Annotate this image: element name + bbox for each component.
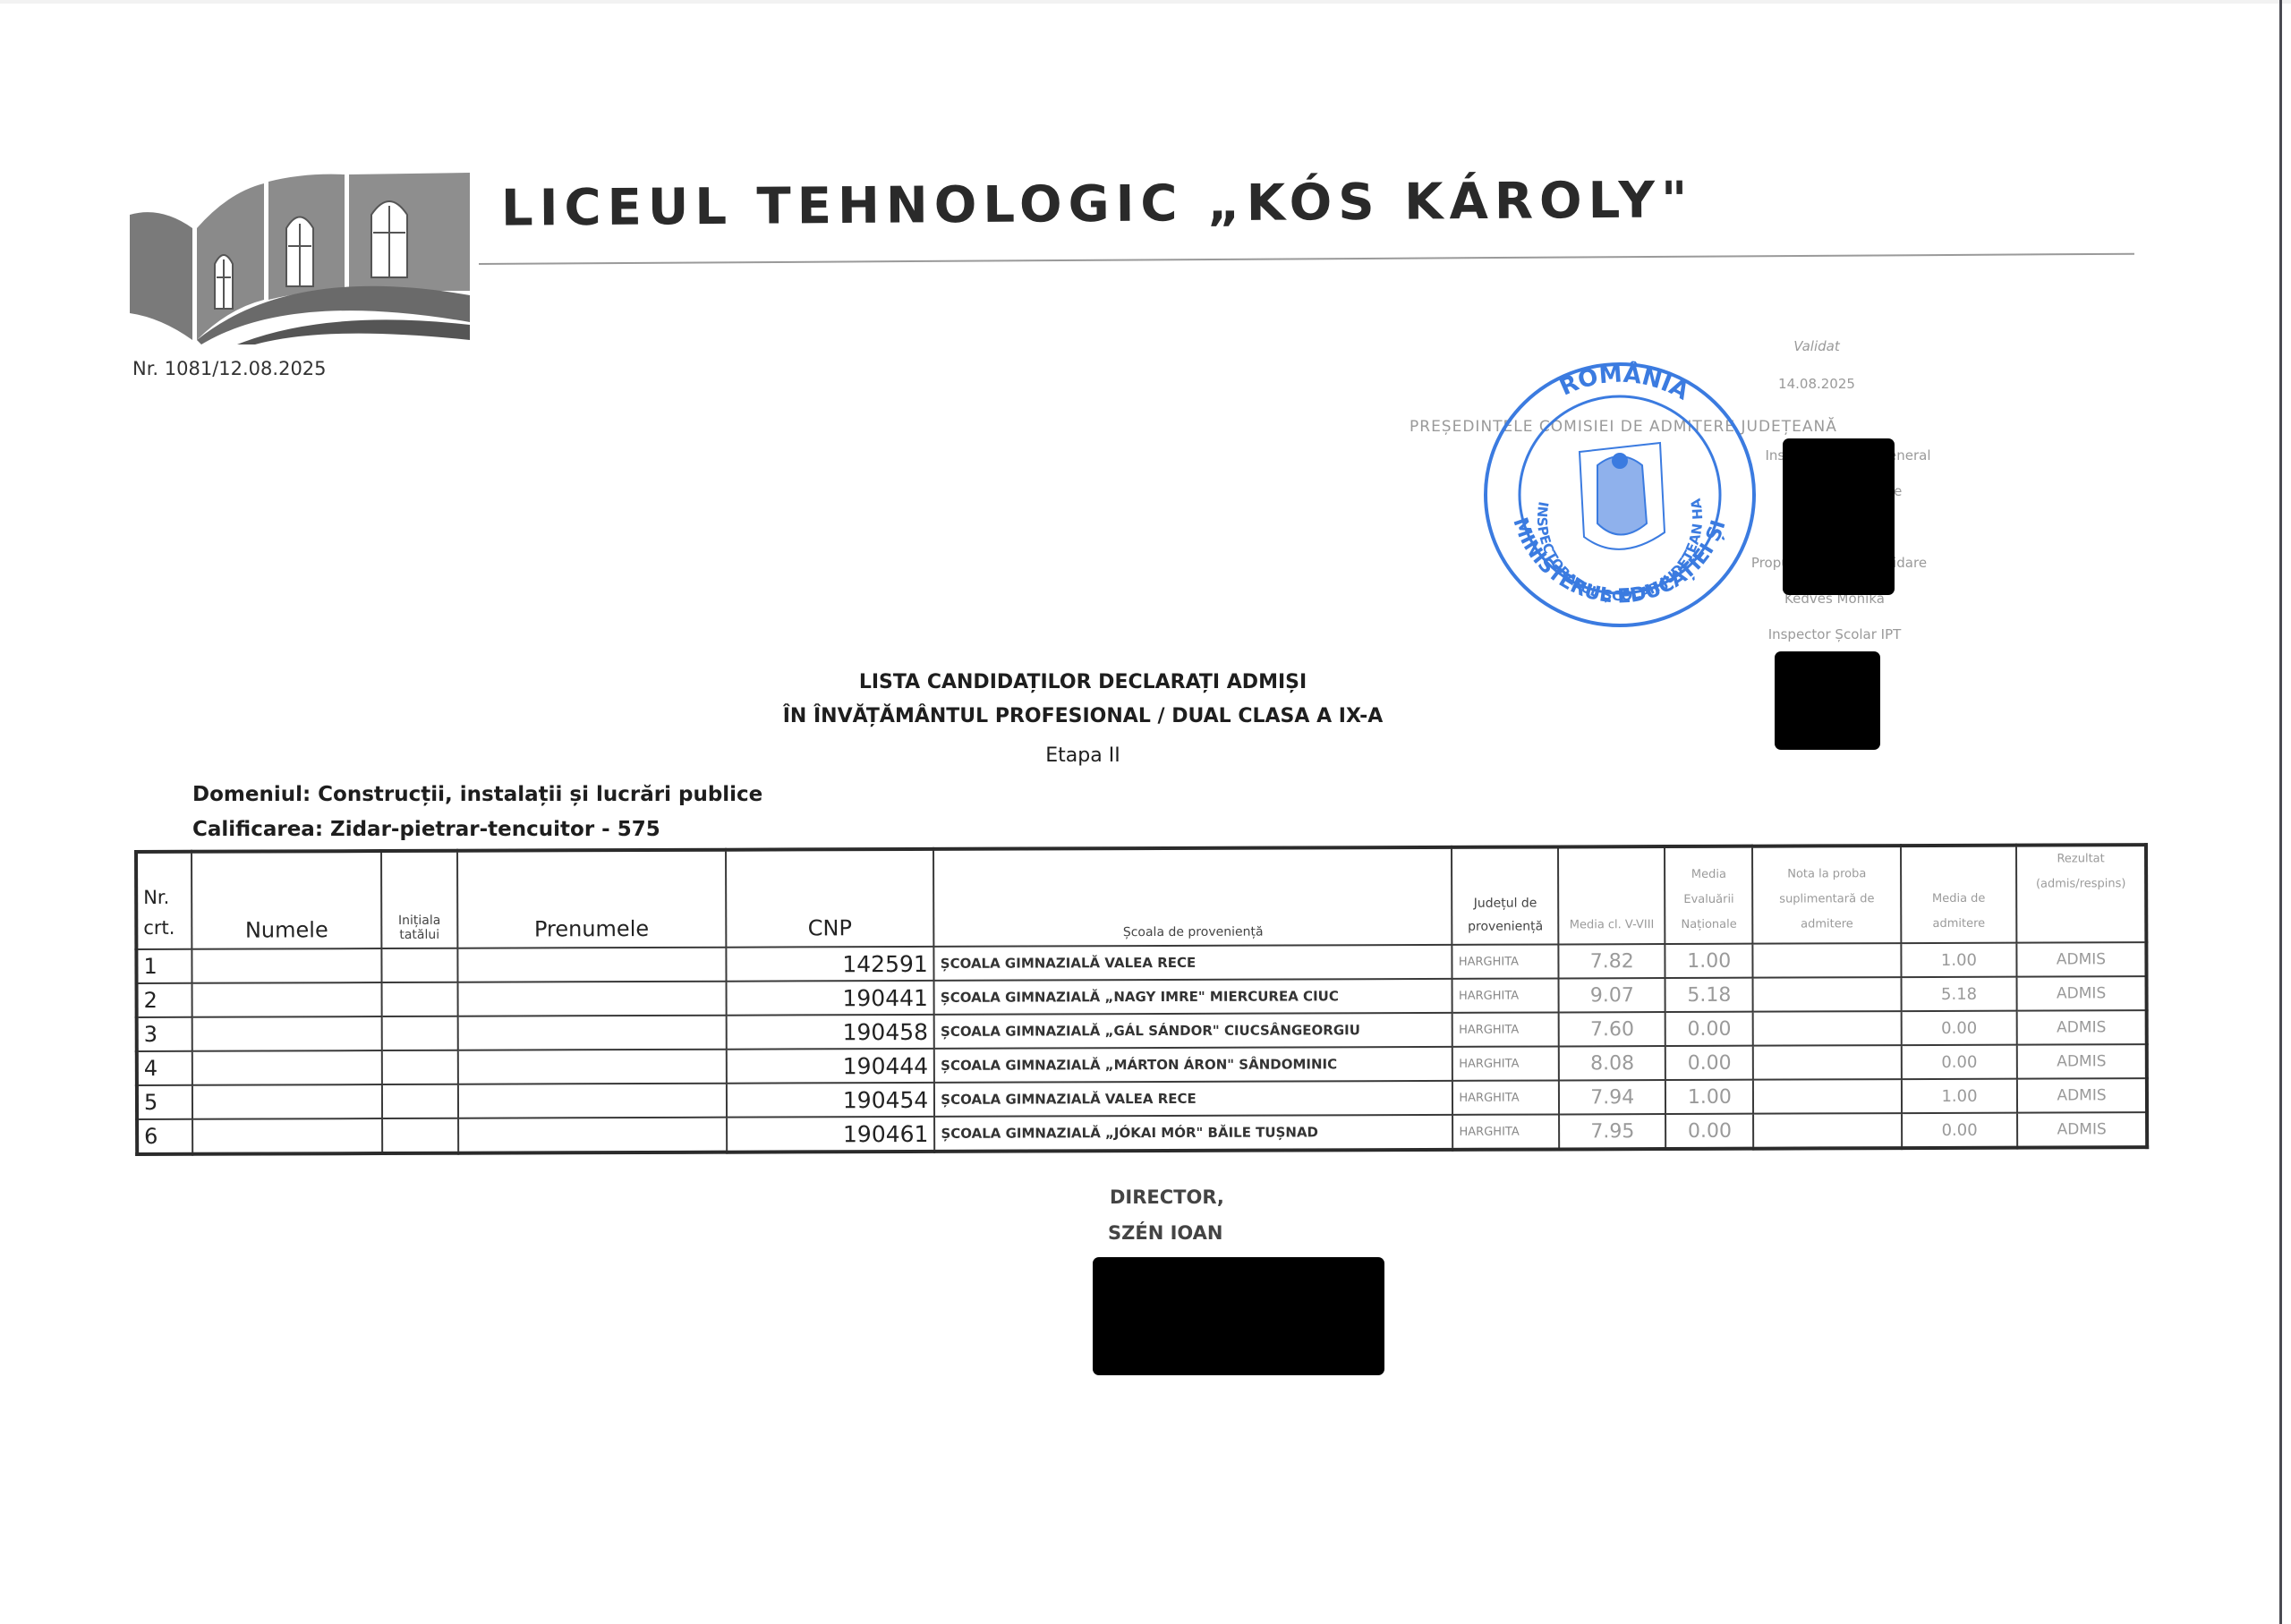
header-extra-test: Nota la proba suplimentară de admitere bbox=[1752, 846, 1901, 944]
cell-avg-national: 1.00 bbox=[1665, 1080, 1753, 1114]
cell-first-name-redacted bbox=[457, 948, 726, 982]
table-header-row: Nr. crt. Numele Inițiala tatălui Prenume… bbox=[136, 845, 2146, 949]
cell-extra-test bbox=[1753, 943, 1902, 978]
redacted-signature bbox=[1775, 651, 1880, 750]
scan-top-edge bbox=[0, 0, 2291, 4]
cell-first-name-redacted bbox=[458, 1050, 727, 1084]
header-school: Școala de proveniență bbox=[933, 847, 1452, 947]
list-subtitle: ÎN ÎNVĂȚĂMÂNTUL PROFESIONAL / DUAL CLASA… bbox=[752, 705, 1414, 727]
cell-nr: 3 bbox=[137, 1017, 192, 1051]
cell-nr: 5 bbox=[137, 1085, 192, 1119]
school-logo-icon bbox=[130, 166, 470, 344]
cell-father-initial-redacted bbox=[382, 982, 458, 1016]
cell-avg-5-8: 9.07 bbox=[1559, 978, 1665, 1012]
cell-cnp: 190444 bbox=[726, 1049, 934, 1084]
cell-surname-redacted bbox=[192, 1118, 382, 1154]
cell-cnp: 190454 bbox=[727, 1083, 935, 1118]
cell-school: ȘCOALA GIMNAZIALĂ VALEA RECE bbox=[934, 1081, 1452, 1117]
cell-admission-avg: 1.00 bbox=[1901, 943, 2016, 977]
cell-first-name-redacted bbox=[458, 1084, 727, 1118]
redacted-signature bbox=[1783, 438, 1895, 595]
school-name: LICEUL TEHNOLOGIC „KÓS KÁROLY" bbox=[501, 171, 1694, 237]
cell-cnp: 142591 bbox=[726, 947, 934, 982]
cell-cnp: 190441 bbox=[726, 981, 934, 1016]
stage-label: Etapa II bbox=[752, 744, 1414, 767]
cell-avg-5-8: 8.08 bbox=[1559, 1046, 1665, 1080]
header-nr: Nr. crt. bbox=[136, 852, 192, 949]
header-divider bbox=[479, 253, 2134, 265]
document-number: Nr. 1081/12.08.2025 bbox=[132, 358, 327, 379]
cell-nr: 2 bbox=[137, 983, 192, 1017]
cell-surname-redacted bbox=[192, 982, 382, 1017]
cell-admission-avg: 0.00 bbox=[1902, 1113, 2017, 1148]
svg-text:ROMÂNIA: ROMÂNIA bbox=[1555, 360, 1693, 406]
cell-avg-national: 0.00 bbox=[1665, 1114, 1753, 1149]
header-result: Rezultat (admis/respins) bbox=[2016, 845, 2146, 943]
cell-avg-national: 5.18 bbox=[1665, 978, 1753, 1012]
cell-surname-redacted bbox=[192, 1050, 382, 1085]
cell-nr: 6 bbox=[137, 1119, 192, 1154]
cell-extra-test bbox=[1753, 977, 1902, 1012]
cell-school: ȘCOALA GIMNAZIALĂ „JÓKAI MÓR" BĂILE TUȘN… bbox=[934, 1115, 1452, 1152]
table-row: 6 190461 ȘCOALA GIMNAZIALĂ „JÓKAI MÓR" B… bbox=[137, 1112, 2147, 1154]
cell-surname-redacted bbox=[192, 1016, 382, 1051]
cell-avg-national: 0.00 bbox=[1665, 1046, 1753, 1080]
cell-result: ADMIS bbox=[2017, 1112, 2147, 1148]
cell-father-initial-redacted bbox=[381, 948, 457, 982]
cell-avg-5-8: 7.82 bbox=[1559, 944, 1665, 978]
cell-avg-national: 1.00 bbox=[1665, 944, 1753, 978]
cell-extra-test bbox=[1753, 1011, 1902, 1046]
director-name: SZÉN IOAN bbox=[1108, 1222, 1223, 1244]
cell-admission-avg: 0.00 bbox=[1902, 1011, 2017, 1045]
cell-extra-test bbox=[1753, 1113, 1902, 1149]
admitted-candidates-table: Nr. crt. Numele Inițiala tatălui Prenume… bbox=[134, 843, 2149, 1156]
official-stamp-icon: ROMÂNIA MINISTERUL EDUCAȚIEI ȘI CERCETĂR… bbox=[1477, 353, 1763, 635]
cell-admission-avg: 5.18 bbox=[1901, 977, 2016, 1011]
cell-avg-national: 0.00 bbox=[1665, 1012, 1753, 1046]
scan-right-edge bbox=[2279, 0, 2282, 1624]
cell-first-name-redacted bbox=[458, 1118, 727, 1153]
cell-result: ADMIS bbox=[2016, 942, 2146, 977]
qualification-label: Calificarea: Zidar-pietrar-tencuitor - 5… bbox=[192, 818, 660, 841]
cell-father-initial-redacted bbox=[382, 1118, 458, 1153]
header-surname: Numele bbox=[192, 851, 381, 949]
cell-avg-5-8: 7.94 bbox=[1559, 1080, 1665, 1114]
cell-surname-redacted bbox=[192, 1084, 382, 1119]
header-first-name: Prenumele bbox=[457, 850, 726, 948]
cell-first-name-redacted bbox=[457, 1016, 726, 1050]
cell-school: ȘCOALA GIMNAZIALĂ „NAGY IMRE" MIERCUREA … bbox=[934, 979, 1452, 1015]
cell-admission-avg: 1.00 bbox=[1902, 1079, 2017, 1113]
header-avg-5-8: Media cl. V-VIII bbox=[1558, 846, 1665, 944]
cell-result: ADMIS bbox=[2017, 976, 2147, 1011]
cell-county: HARGHITA bbox=[1452, 1080, 1559, 1114]
cell-father-initial-redacted bbox=[382, 1050, 458, 1084]
header-avg-national: Media Evaluării Naționale bbox=[1665, 846, 1753, 944]
cell-surname-redacted bbox=[192, 948, 381, 983]
cell-cnp: 190458 bbox=[726, 1015, 934, 1050]
header-father-initial: Inițiala tatălui bbox=[381, 851, 457, 948]
cell-father-initial-redacted bbox=[382, 1084, 458, 1118]
cell-extra-test bbox=[1753, 1045, 1902, 1080]
cell-admission-avg: 0.00 bbox=[1902, 1045, 2017, 1079]
director-title: DIRECTOR, bbox=[1110, 1186, 1224, 1208]
cell-avg-5-8: 7.95 bbox=[1559, 1114, 1665, 1149]
domain-label: Domeniul: Construcții, instalații și luc… bbox=[192, 783, 762, 806]
cell-county: HARGHITA bbox=[1452, 978, 1559, 1012]
list-title: LISTA CANDIDAȚILOR DECLARAȚI ADMIȘI bbox=[752, 671, 1414, 693]
cell-county: HARGHITA bbox=[1452, 944, 1559, 978]
redacted-director-signature bbox=[1093, 1257, 1384, 1375]
cell-extra-test bbox=[1753, 1079, 1902, 1114]
header-cnp: CNP bbox=[726, 849, 934, 948]
cell-school: ȘCOALA GIMNAZIALĂ „GÁL SÁNDOR" CIUCSÂNGE… bbox=[934, 1013, 1452, 1049]
validation-label: Validat bbox=[1754, 338, 1879, 354]
header-admission-avg: Media de admitere bbox=[1901, 846, 2017, 943]
cell-school: ȘCOALA GIMNAZIALĂ „MÁRTON ÁRON" SÂNDOMIN… bbox=[934, 1047, 1452, 1083]
cell-result: ADMIS bbox=[2017, 1078, 2147, 1113]
validation-date: 14.08.2025 bbox=[1754, 376, 1879, 392]
cell-nr: 1 bbox=[136, 949, 192, 983]
cell-avg-5-8: 7.60 bbox=[1559, 1012, 1665, 1046]
cell-school: ȘCOALA GIMNAZIALĂ VALEA RECE bbox=[934, 945, 1452, 981]
cell-nr: 4 bbox=[137, 1051, 192, 1085]
cell-result: ADMIS bbox=[2017, 1044, 2147, 1079]
cell-result: ADMIS bbox=[2017, 1010, 2147, 1045]
cell-county: HARGHITA bbox=[1452, 1114, 1559, 1149]
cell-county: HARGHITA bbox=[1452, 1046, 1559, 1080]
cell-father-initial-redacted bbox=[382, 1016, 458, 1050]
header-county: Județul de proveniență bbox=[1452, 846, 1558, 944]
cell-first-name-redacted bbox=[457, 982, 726, 1016]
cell-cnp: 190461 bbox=[727, 1117, 935, 1152]
cell-county: HARGHITA bbox=[1452, 1012, 1559, 1046]
